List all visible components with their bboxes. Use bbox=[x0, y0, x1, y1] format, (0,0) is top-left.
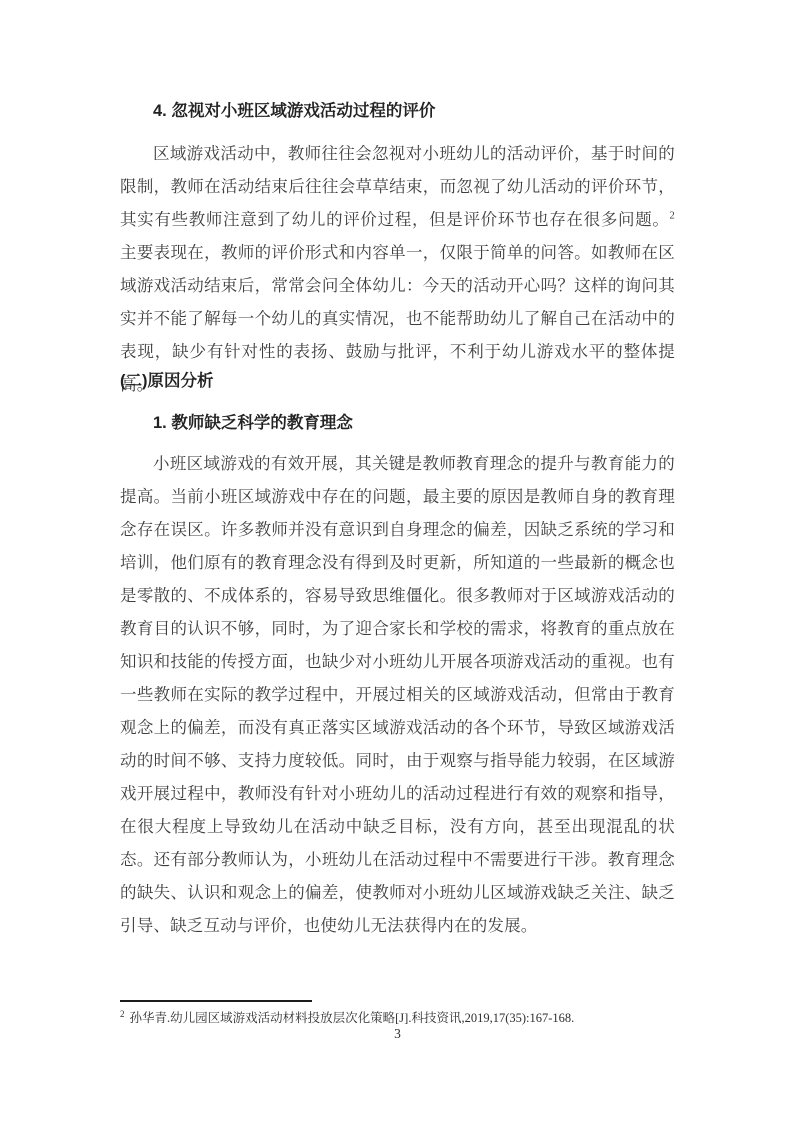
footnote-reference-marker: 2 bbox=[670, 211, 675, 222]
heading-cause-analysis: (二)原因分析 bbox=[120, 365, 675, 398]
footnote-separator bbox=[120, 1000, 312, 1002]
heading-reason-1: 1. 教师缺乏科学的教育理念 bbox=[120, 407, 675, 440]
paragraph-evaluation: 区域游戏活动中，教师往往会忽视对小班幼儿的活动评价，基于时间的限制，教师在活动结… bbox=[120, 137, 675, 368]
paragraph-reason: 小班区域游戏的有效开展，其关键是教师教育理念的提升与教育能力的提高。当前小班区域… bbox=[120, 447, 675, 909]
heading-section-4: 4. 忽视对小班区域游戏活动过程的评价 bbox=[120, 95, 675, 128]
footnote: 2孙华青.幼儿园区域游戏活动材料投放层次化策略[J].科技资讯,2019,17(… bbox=[120, 1009, 675, 1027]
document-page: 4. 忽视对小班区域游戏活动过程的评价 区域游戏活动中，教师往往会忽视对小班幼儿… bbox=[0, 0, 793, 1122]
paragraph-evaluation-text-1: 区域游戏活动中，教师往往会忽视对小班幼儿的活动评价，基于时间的限制，教师在活动结… bbox=[120, 144, 675, 229]
page-number: 3 bbox=[120, 1026, 675, 1042]
page-content: 4. 忽视对小班区域游戏活动过程的评价 区域游戏活动中，教师往往会忽视对小班幼儿… bbox=[120, 0, 675, 1122]
footnote-marker: 2 bbox=[120, 1009, 125, 1019]
footnote-text: 孙华青.幼儿园区域游戏活动材料投放层次化策略[J].科技资讯,2019,17(3… bbox=[130, 1011, 575, 1025]
